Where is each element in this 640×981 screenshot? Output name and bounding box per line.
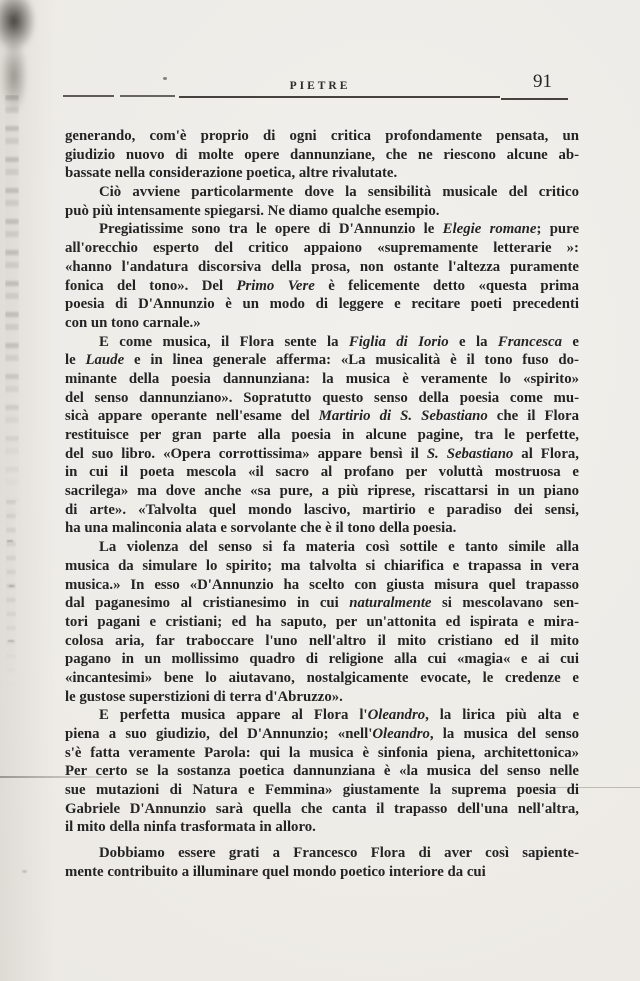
text-line: Per certo se la sostanza poetica dannunz… [65, 762, 579, 781]
text-line: dal paganesimo al cristianesimo in cui n… [65, 594, 579, 613]
text-line: colosa aria, far traboccare l'uno nell'a… [65, 632, 579, 651]
text-line: «hanno l'andatura discorsiva della prosa… [65, 258, 579, 277]
text-line: Ciò avviene particolarmente dove la sens… [65, 183, 579, 202]
text-line: bassate nella considerazione poetica, al… [65, 164, 579, 183]
text-line: tori pagani e cristiani; ed ha saputo, p… [65, 613, 579, 632]
paragraph: Dobbiamo essere grati a Francesco Flora … [65, 844, 579, 881]
header-rule-segment-2 [120, 95, 175, 97]
text-block: generando, com'è proprio di ogni critica… [65, 127, 579, 882]
text-line: E come musica, il Flora sente la Figlia … [65, 333, 579, 352]
text-line: sicà appare operante nell'esame del Mart… [65, 407, 579, 426]
header-rule-segment-3 [179, 96, 500, 98]
text-line: Pregiatissime sono tra le opere di D'Ann… [65, 220, 579, 239]
ink-speck [163, 77, 167, 80]
text-line: sacrilega» ma dove anche «sa pure, a più… [65, 482, 579, 501]
text-line: le gustose superstizioni di terra d'Abru… [65, 688, 579, 707]
paragraph: E come musica, il Flora sente la Figlia … [65, 333, 579, 539]
text-line: restituisce per gran parte alla poesia i… [65, 426, 579, 445]
text-line: può più intensamente spiegarsi. Ne diamo… [65, 202, 579, 221]
text-line: minante della poesia dannunziana: la mus… [65, 370, 579, 389]
scan-mark [7, 540, 13, 542]
scanned-book-page: PIETRE 91 generando, com'è proprio di og… [0, 0, 640, 981]
scan-mark [9, 585, 14, 587]
scan-gutter-streaks [5, 95, 19, 525]
text-line: E perfetta musica appare al Flora l'Olea… [65, 706, 579, 725]
text-line: «incantesimi» bene lo aiutavano, nostalg… [65, 669, 579, 688]
text-line: di arte». «Talvolta quel mondo lascivo, … [65, 501, 579, 520]
text-line: mente contribuito a illuminare quel mond… [65, 863, 579, 882]
paragraph: generando, com'è proprio di ogni critica… [65, 127, 579, 183]
text-line: all'orecchio esperto del critico appaion… [65, 239, 579, 258]
paragraph: La violenza del senso si fa materia così… [65, 538, 579, 706]
scan-gutter-streaks-lower [6, 500, 16, 690]
text-line: con un tono carnale.» [65, 314, 579, 333]
page-number: 91 [533, 72, 552, 91]
text-line: in cui il poeta mescola «il sacro al pro… [65, 463, 579, 482]
scan-mark [8, 640, 14, 642]
paragraph: Ciò avviene particolarmente dove la sens… [65, 183, 579, 220]
text-line: Gabriele D'Annunzio sarà quella che cant… [65, 800, 579, 819]
text-line: piena a suo giudizio, del D'Annunzio; «n… [65, 725, 579, 744]
header-rule-segment-4 [501, 98, 568, 100]
text-line: musica.» In esso «D'Annunzio ha scelto c… [65, 576, 579, 595]
text-line: La violenza del senso si fa materia così… [65, 538, 579, 557]
text-line: generando, com'è proprio di ogni critica… [65, 127, 579, 146]
text-line: Dobbiamo essere grati a Francesco Flora … [65, 844, 579, 863]
text-line: poesia di D'Annunzio è un modo di legger… [65, 295, 579, 314]
text-line: sue mutazioni di Natura e Femmina» giust… [65, 781, 579, 800]
paragraph: E perfetta musica appare al Flora l'Olea… [65, 706, 579, 837]
text-line: pagano in un mollissimo quadro di religi… [65, 650, 579, 669]
text-line: s'è fatta veramente Parola: qui la music… [65, 744, 579, 763]
text-line: del senso dannunziano». Sopratutto quest… [65, 389, 579, 408]
text-line: ha una malinconia alata e sorvolante che… [65, 519, 579, 538]
text-line: fonica del tono». Del Primo Vere è felic… [65, 277, 579, 296]
text-line: giudizio nuovo di molte opere dannunzian… [65, 146, 579, 165]
scan-mark [22, 870, 27, 873]
text-line: il mito della ninfa trasformata in allor… [65, 818, 579, 837]
header-rule-segment-1 [63, 95, 114, 97]
text-line: le Laude e in linea generale afferma: «L… [65, 351, 579, 370]
paragraph: Pregiatissime sono tra le opere di D'Ann… [65, 220, 579, 332]
text-line: musica da simulare lo spirito; ma talvol… [65, 557, 579, 576]
text-line: del suo libro. «Opera corrottissima» app… [65, 445, 579, 464]
